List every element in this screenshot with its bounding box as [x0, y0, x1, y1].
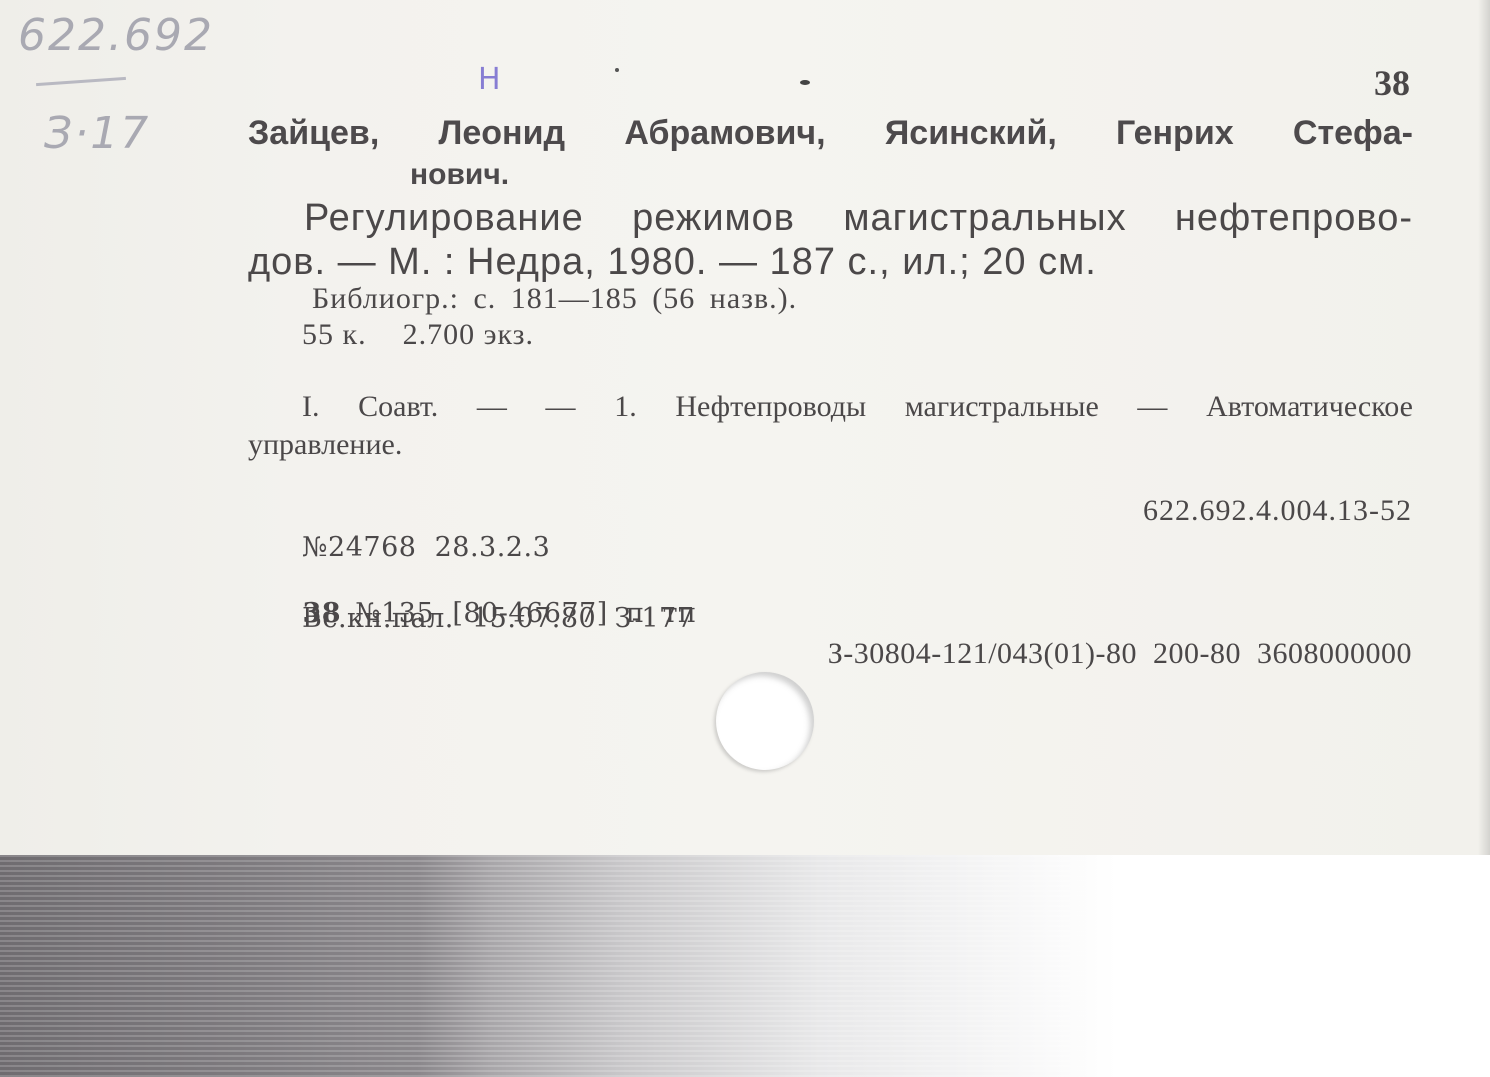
udc-classification: 622.692.4.004.13-52 [1143, 494, 1412, 528]
subject-line-1: I. Соавт. — — 1. Нефтепроводы магистраль… [248, 388, 1413, 426]
handwritten-divider [36, 77, 126, 86]
price: 55 к. [302, 318, 367, 351]
book-chamber-line: Вс.кн.пал. 15.07.80 З-177 [302, 603, 694, 634]
punch-hole [716, 672, 814, 770]
title-line-2: дов. — М. : Недра, 1980. — 187 с., ил.; … [248, 240, 1413, 284]
ink-speck [800, 80, 810, 85]
publication-codes-line: З-30804-121/043(01)-80 200-80 3608000000 [828, 637, 1412, 671]
bibliography-note: Библиогр.: с. 181—185 (56 назв.). [312, 282, 797, 316]
title-line-1: Регулирование режимов магистральных нефт… [248, 196, 1413, 240]
author-heading: Зайцев, Леонид Абрамович, Ясинский, Генр… [248, 108, 1413, 158]
scanner-background [0, 855, 1490, 1077]
title-description: Регулирование режимов магистральных нефт… [248, 196, 1413, 284]
price-and-print-run: 55 к.2.700 экз. [302, 318, 534, 352]
subject-tracings: I. Соавт. — — 1. Нефтепроводы магистраль… [248, 388, 1413, 464]
card-number: 38 [1374, 62, 1410, 104]
subject-line-2: управление. [248, 428, 402, 461]
handwritten-author-mark: З·17 [44, 108, 150, 159]
ink-stamp-mark: Н [478, 62, 512, 102]
scanned-page: 622.692 З·17 Н 38 Зайцев, Леонид Абрамов… [0, 0, 1490, 1077]
handwritten-classification: 622.692 [18, 10, 214, 61]
author-heading-continued: нович. [410, 158, 509, 192]
print-run: 2.700 экз. [403, 318, 534, 351]
ink-speck [615, 68, 619, 72]
catalog-card: 622.692 З·17 Н 38 Зайцев, Леонид Абрамов… [0, 0, 1490, 855]
order-number-line: №24768 28.3.2.3 [302, 532, 550, 563]
